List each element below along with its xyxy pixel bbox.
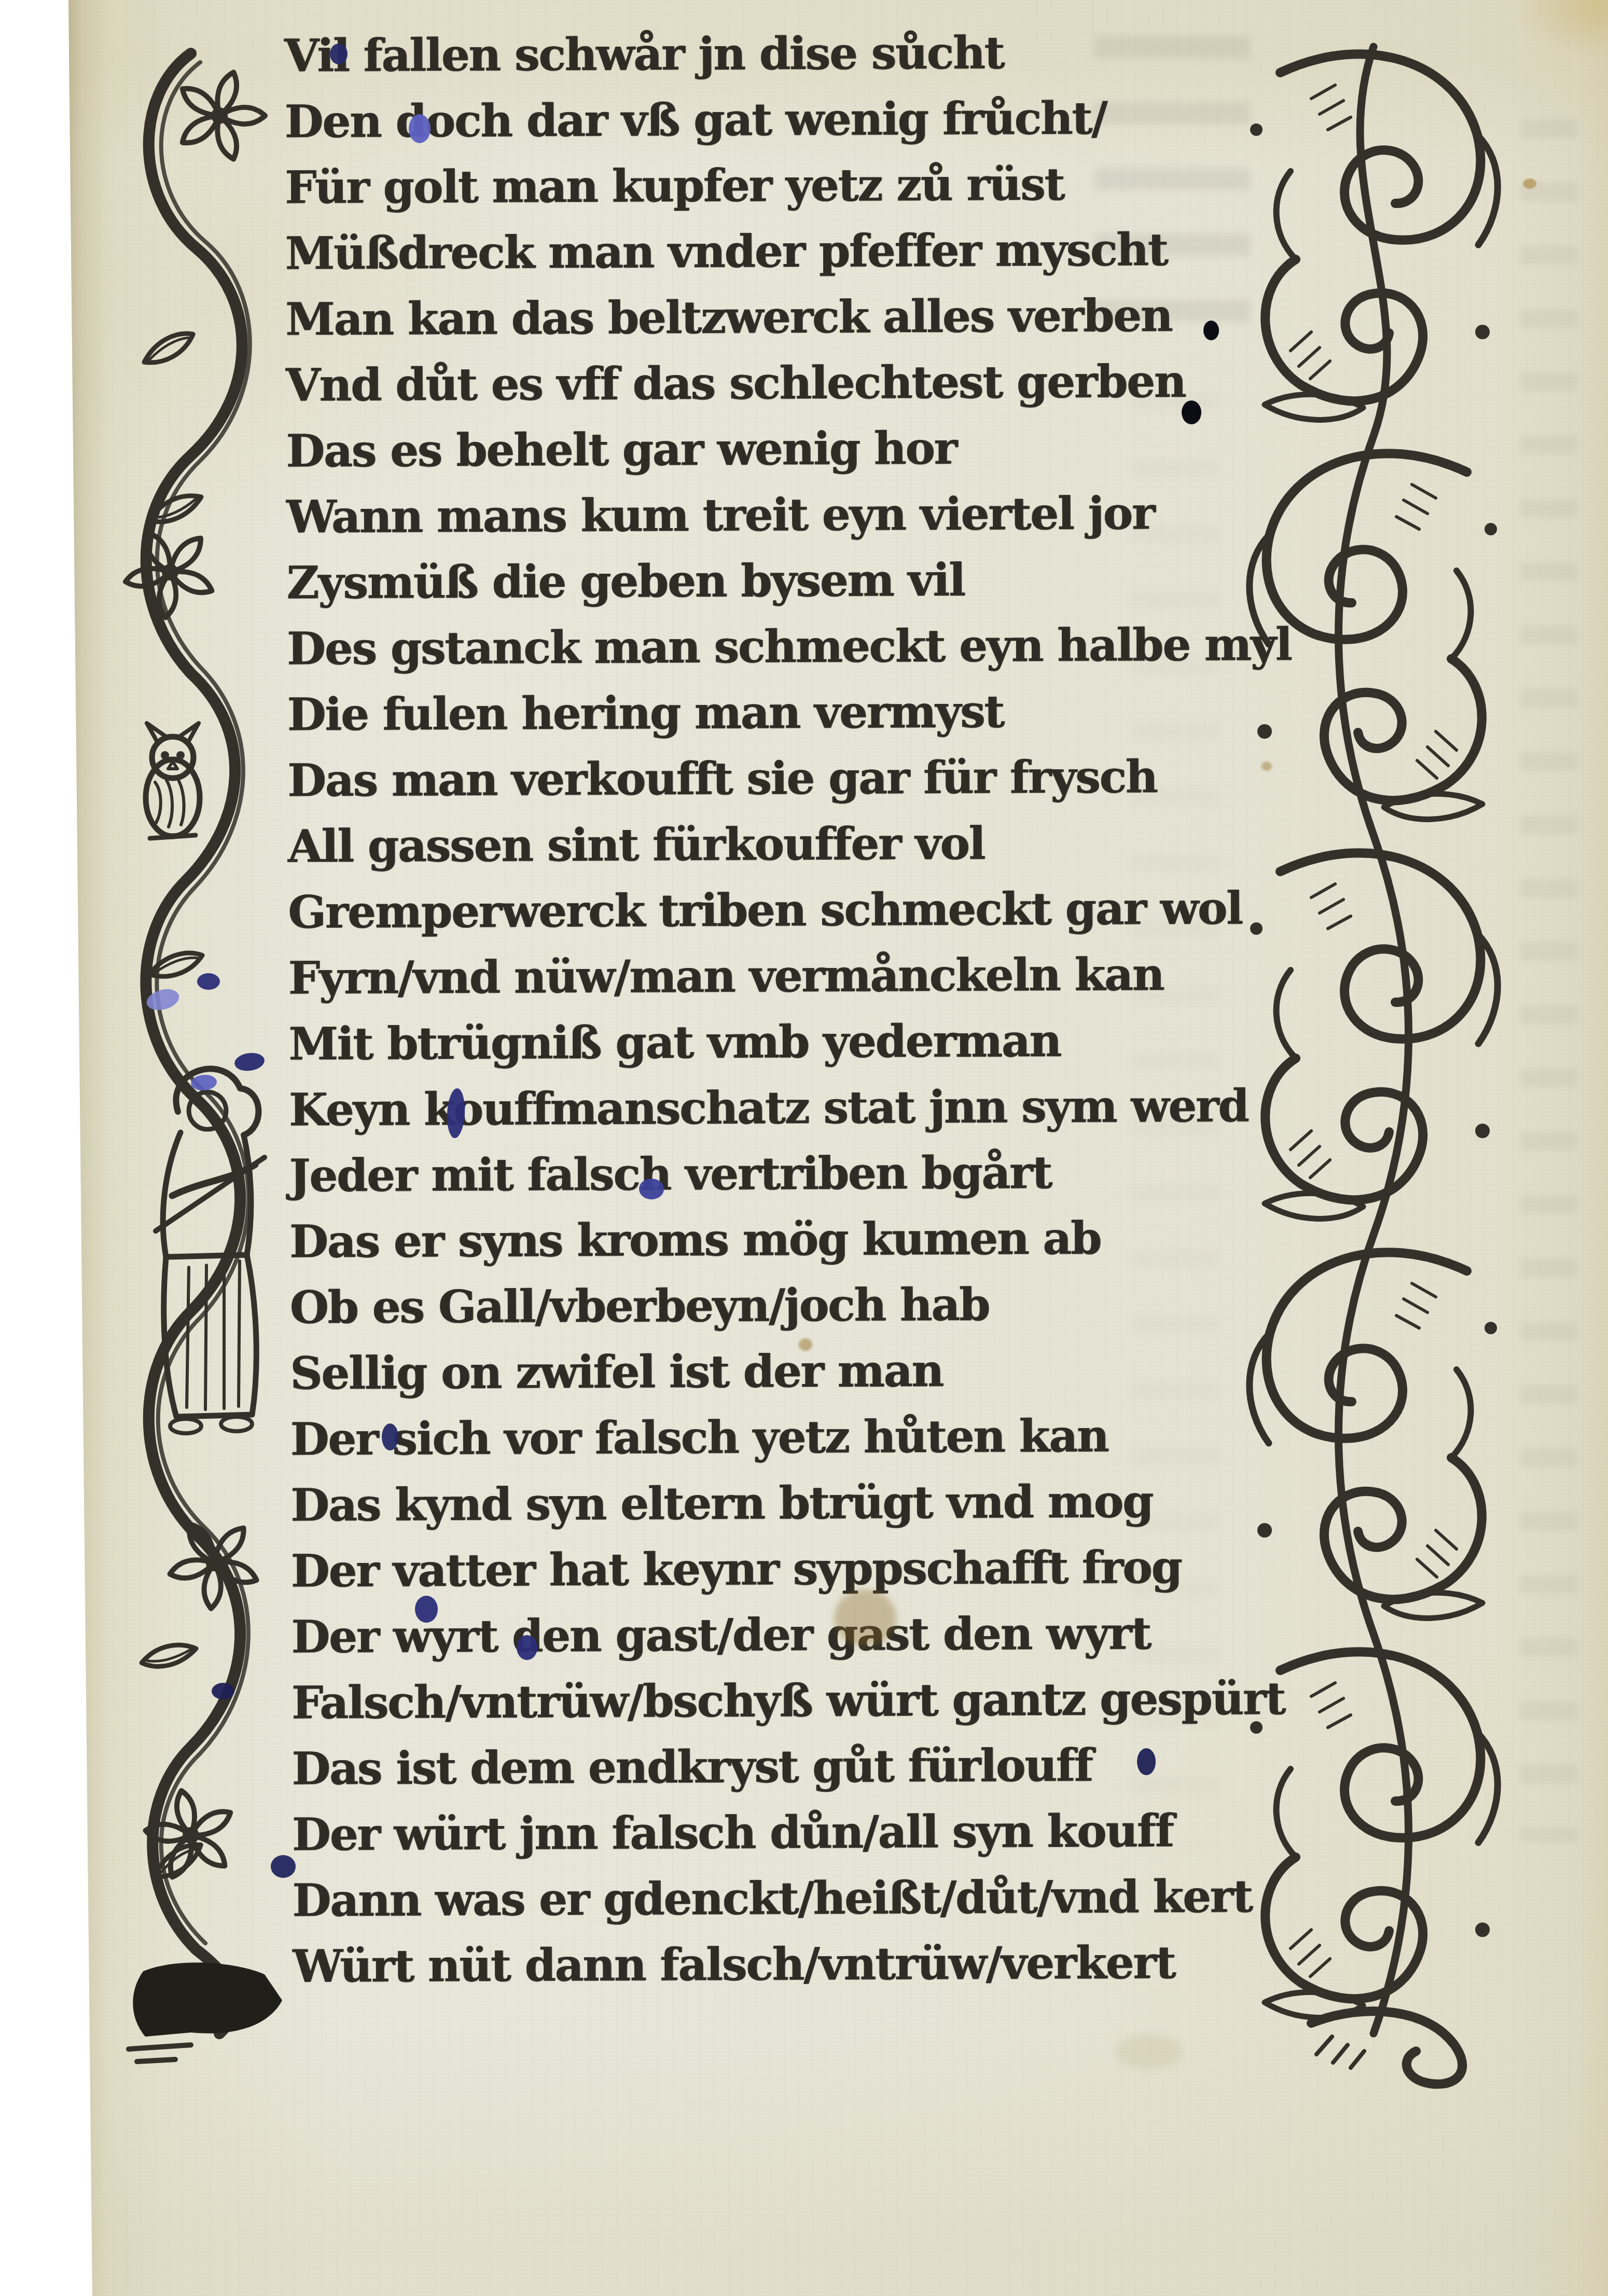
- scanned-page-screenshot: Vil fallen schwår jn dise sůchtDen doch …: [0, 0, 1608, 2296]
- black-ink-dot: [1182, 400, 1201, 424]
- stain-mark: [1523, 178, 1536, 189]
- blue-ink-dot: [330, 44, 348, 64]
- blue-ink-dot: [409, 114, 431, 143]
- blue-ink-dot: [382, 1423, 398, 1450]
- blue-ink-dot: [144, 986, 182, 1013]
- stain-mark: [1262, 762, 1272, 771]
- blue-ink-dot: [190, 1074, 217, 1091]
- stain-mark: [1115, 2034, 1183, 2070]
- stain-mark: [799, 1338, 812, 1351]
- ink-marks-layer: [0, 0, 1608, 2296]
- blue-ink-dot: [271, 1855, 296, 1878]
- blue-ink-dot: [517, 1635, 537, 1660]
- blue-ink-dot: [1137, 1748, 1156, 1775]
- stain-mark: [834, 1589, 896, 1647]
- blue-ink-dot: [415, 1596, 438, 1623]
- blue-ink-dot: [233, 1051, 266, 1073]
- black-ink-dot: [1203, 321, 1219, 340]
- blue-ink-dot: [639, 1179, 664, 1199]
- blue-ink-dot: [197, 973, 220, 990]
- blue-ink-dot: [212, 1683, 234, 1699]
- blue-ink-dot: [446, 1088, 466, 1139]
